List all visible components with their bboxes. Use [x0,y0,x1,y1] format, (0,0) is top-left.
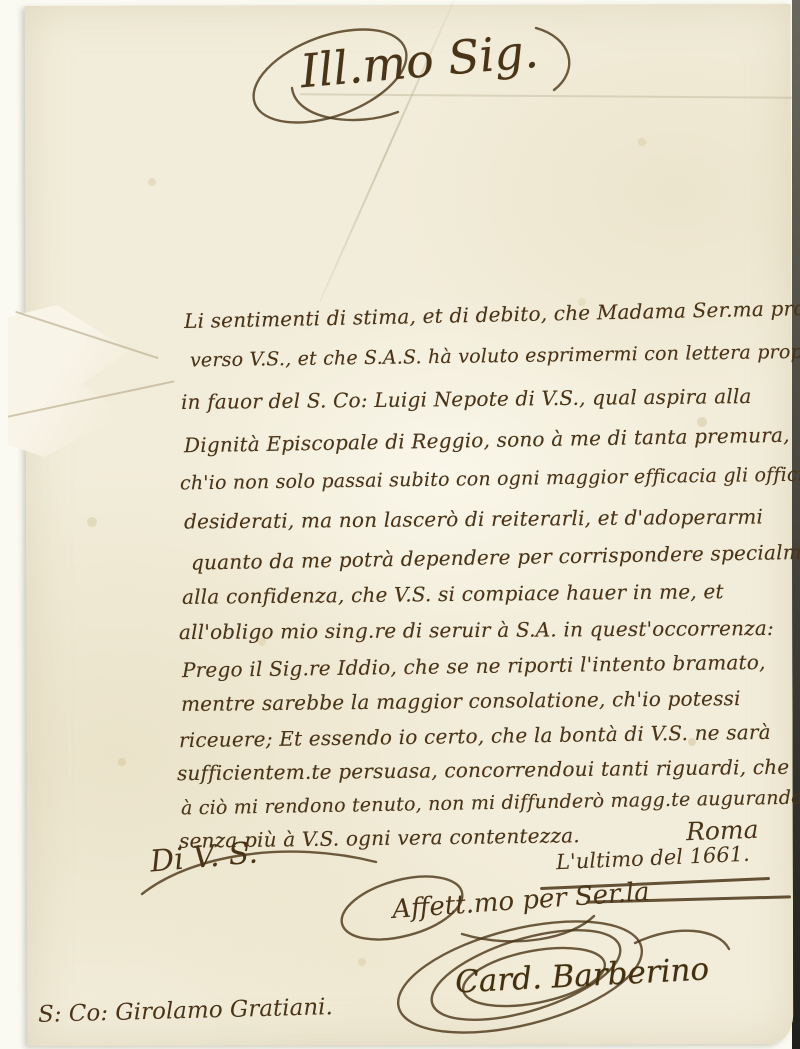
foxing-spots [0,0,4,4]
scan-right-edge [792,0,800,1049]
scanned-letter-page: Ill.mo Sig. Li sentimenti di stima, et d… [0,0,800,1049]
body-line: all'obligo mio sing.re di seruir à S.A. … [179,616,774,644]
body-line: desiderati, ma non lascerò di reiterarli… [184,504,763,533]
